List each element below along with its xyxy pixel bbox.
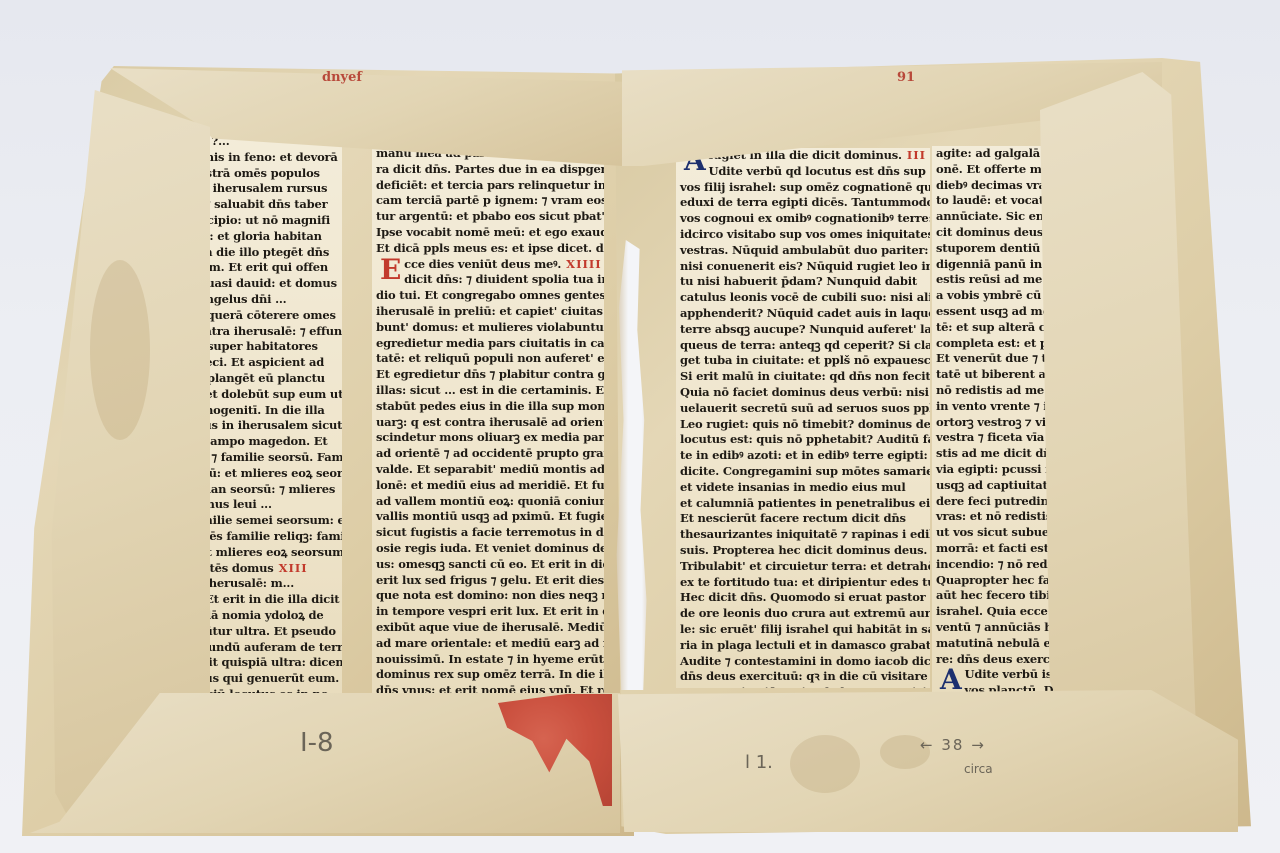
text-line: vallis montiū usqꝫ ad pximū. Et fugietis — [372, 509, 604, 525]
text-line: dn̄s deus exercituū: qꝛ in die cū visita… — [676, 669, 930, 685]
text-line: Hec dicit dn̄s. Quomodo si eruat pastor — [676, 590, 930, 606]
chapter-rubric: XIII — [274, 561, 308, 575]
text-line: Et egredietur dn̄s ⁊ plabitur contra gēt… — [372, 367, 604, 383]
text-line: Leo rugiet: quis nō timebit? dominus deꝰ — [676, 417, 930, 433]
text-line: sicut fugistis a facie terremotus in die… — [372, 525, 604, 541]
text-line: Si erit malū in ciuitate: qd dn̄s non fe… — [676, 369, 930, 385]
text-line: Audite ⁊ contestamini in domo iacob dici… — [676, 654, 930, 670]
text-line: dominus rex sup omēz terrā. In die illa … — [372, 667, 604, 683]
decorated-initial: A — [940, 667, 962, 693]
text-line: cam terciā partē p ignem: ⁊ vram eos sic… — [372, 193, 604, 209]
text-line: catulus leonis vocē de cubili suo: nisi … — [676, 290, 930, 306]
text-line: get tuba in ciuitate: et pplš nō expaues… — [676, 353, 930, 369]
text-line: le: sic eruēt' filij israhel qui habitāt… — [676, 622, 930, 638]
text-line: dicit dn̄s: ⁊ diuident spolia tua in me — [372, 272, 604, 288]
chapter-rubric: III — [902, 148, 926, 162]
water-stain — [90, 260, 150, 440]
text-line: ad orientē ⁊ ad occidentē prupto grandi — [372, 446, 604, 462]
bottom-right-fold-flap — [618, 690, 1238, 832]
text-line: apphenderit? Nūquid cadet auis in laqueū — [676, 306, 930, 322]
text-line: erit lux sed frigus ⁊ gelu. Et erit dies… — [372, 573, 604, 589]
left-page-headline: dnyef — [322, 70, 362, 85]
text-line: pero puaricatiōnes israhel sup eum visit… — [676, 685, 930, 688]
text-line: illas: sicut ... est in die certaminis. … — [372, 383, 604, 399]
text-line: Ipse vocabit nomē meū: et ego exaudiā eū… — [372, 225, 604, 241]
pencil-shelfmark: I-8 — [300, 728, 334, 758]
text-line: exibūt aque viue de iherusalē. Mediū ear… — [372, 620, 604, 636]
text-line: terre absqꝫ aucupe? Nunquid auferet' la — [676, 322, 930, 338]
text-line: lonē: et mediū eius ad meridiē. Et fugie… — [372, 478, 604, 494]
text-line: tur argentū: et pbabo eos sicut pbat' au… — [372, 209, 604, 225]
text-line: dn̄s vnus: et erit nomē eius vnū. Et reu… — [372, 683, 604, 694]
text-line: que nota est domino: non dies neqꝫ nox: … — [372, 588, 604, 604]
text-line: ex te fortitudo tua: et diripientur edes… — [676, 575, 930, 591]
text-line: dicite. Congregamini sup mōtes samarie: — [676, 464, 930, 480]
text-line: Quia nō faciet dominus deus verbū: nisi … — [676, 385, 930, 401]
text-line: Udite verbū qd locutus est dn̄s sup — [676, 164, 930, 180]
text-line: locutus est: quis nō pphetabit? Auditū f… — [676, 432, 930, 448]
text-line: eduxi de terra egipti dicēs. Tantummodo — [676, 195, 930, 211]
text-line: uarꝫ: q est contra iherusalē ad orientem… — [372, 415, 604, 431]
text-line: et calumniā patientes in penetralibus ei… — [676, 496, 930, 512]
text-line: de ore leonis duo crura aut extremū auri… — [676, 606, 930, 622]
text-line: scindetur mons oliuarꝫ ex media parte su… — [372, 430, 604, 446]
right-page-column-1: Afugiet in illa die dicit dominus. IIIUd… — [676, 148, 930, 688]
text-line: te in edibꝰ azoti: et in edibꝰ terre egi… — [676, 448, 930, 464]
text-line: in tempore vespri erit lux. Et erit in d… — [372, 604, 604, 620]
pencil-measure-note: ← 38 → — [920, 736, 986, 754]
text-line: queus de terra: anteqꝫ qd ceperit? Si cl… — [676, 338, 930, 354]
pencil-unit-note: circa — [964, 762, 993, 776]
text-line: Ecce dies veniūt deus meꝰ. XIIII — [372, 257, 604, 273]
text-line: vos cognoui ex omibꝰ cognationibꝰ terre: — [676, 211, 930, 227]
text-line: tatē: et reliquū populi non auferet' ex … — [372, 351, 604, 367]
text-line: deficiēt: et tercia pars relinquetur in … — [372, 178, 604, 194]
text-line: thesaurizantes iniquitatē ⁊ rapinas i ed… — [676, 527, 930, 543]
decorated-initial: E — [380, 257, 401, 283]
text-line: bunt' domus: et mulieres violabuntur. Et — [372, 320, 604, 336]
text-line: suis. Propterea hec dicit dominus deus. — [676, 543, 930, 559]
text-line: osie regis iuda. Et veniet dominus deus … — [372, 541, 604, 557]
text-line: ria in plaga lectuli et in damasco graba… — [676, 638, 930, 654]
text-line: ad mare orientale: et mediū earꝫ ad mare — [372, 636, 604, 652]
water-stain — [790, 735, 860, 793]
text-line: egredietur media pars ciuitatis in capti… — [372, 336, 604, 352]
pencil-folio-note: l 1. — [745, 752, 773, 773]
text-line: ra dicit dn̄s. Partes due in ea dispgent… — [372, 162, 604, 178]
text-line: idcirco visitabo sup vos omes iniquitate… — [676, 227, 930, 243]
text-line: valde. Et separabit' mediū montis ad aq̄ — [372, 462, 604, 478]
text-line: vos filij israhel: sup omēz cognationē q… — [676, 180, 930, 196]
text-line: ad vallem montiū eoꝝ: quoniā coniunget' — [372, 494, 604, 510]
text-line: vestras. Nūquid ambulabūt duo pariter: — [676, 243, 930, 259]
text-line: dio tui. Et congregabo omnes gentes ad — [372, 288, 604, 304]
text-line: uelauerit secretū suū ad seruos suos pph… — [676, 401, 930, 417]
text-line: Et nescierūt facere rectum dicit dn̄s — [676, 511, 930, 527]
right-page-headline: 91 — [897, 70, 915, 85]
text-line: Tribulabit' et circuietur terra: et detr… — [676, 559, 930, 575]
text-line: tu nisi habuerit p̄dam? Nunquid dabit — [676, 274, 930, 290]
text-line: et videte insanias in medio eius mul — [676, 480, 930, 496]
left-page-column-2: manū meā ad paruulos: et eruntra dicit d… — [372, 146, 604, 694]
text-line: us: omesqꝫ sancti cū eo. Et erit in die … — [372, 557, 604, 573]
text-line: nisi conuenerit eis? Nūquid rugiet leo i… — [676, 259, 930, 275]
text-line: Et dicā ppls meus es: et ipse dicet. dom… — [372, 241, 604, 257]
text-line: nouissimū. In estate ⁊ in hyeme erūt: et… — [372, 652, 604, 668]
text-line: stabūt pedes eius in die illa sup montē … — [372, 399, 604, 415]
chapter-rubric: XIIII — [561, 257, 601, 271]
text-line: iherusalē in preliū: et capiet' ciuitas … — [372, 304, 604, 320]
